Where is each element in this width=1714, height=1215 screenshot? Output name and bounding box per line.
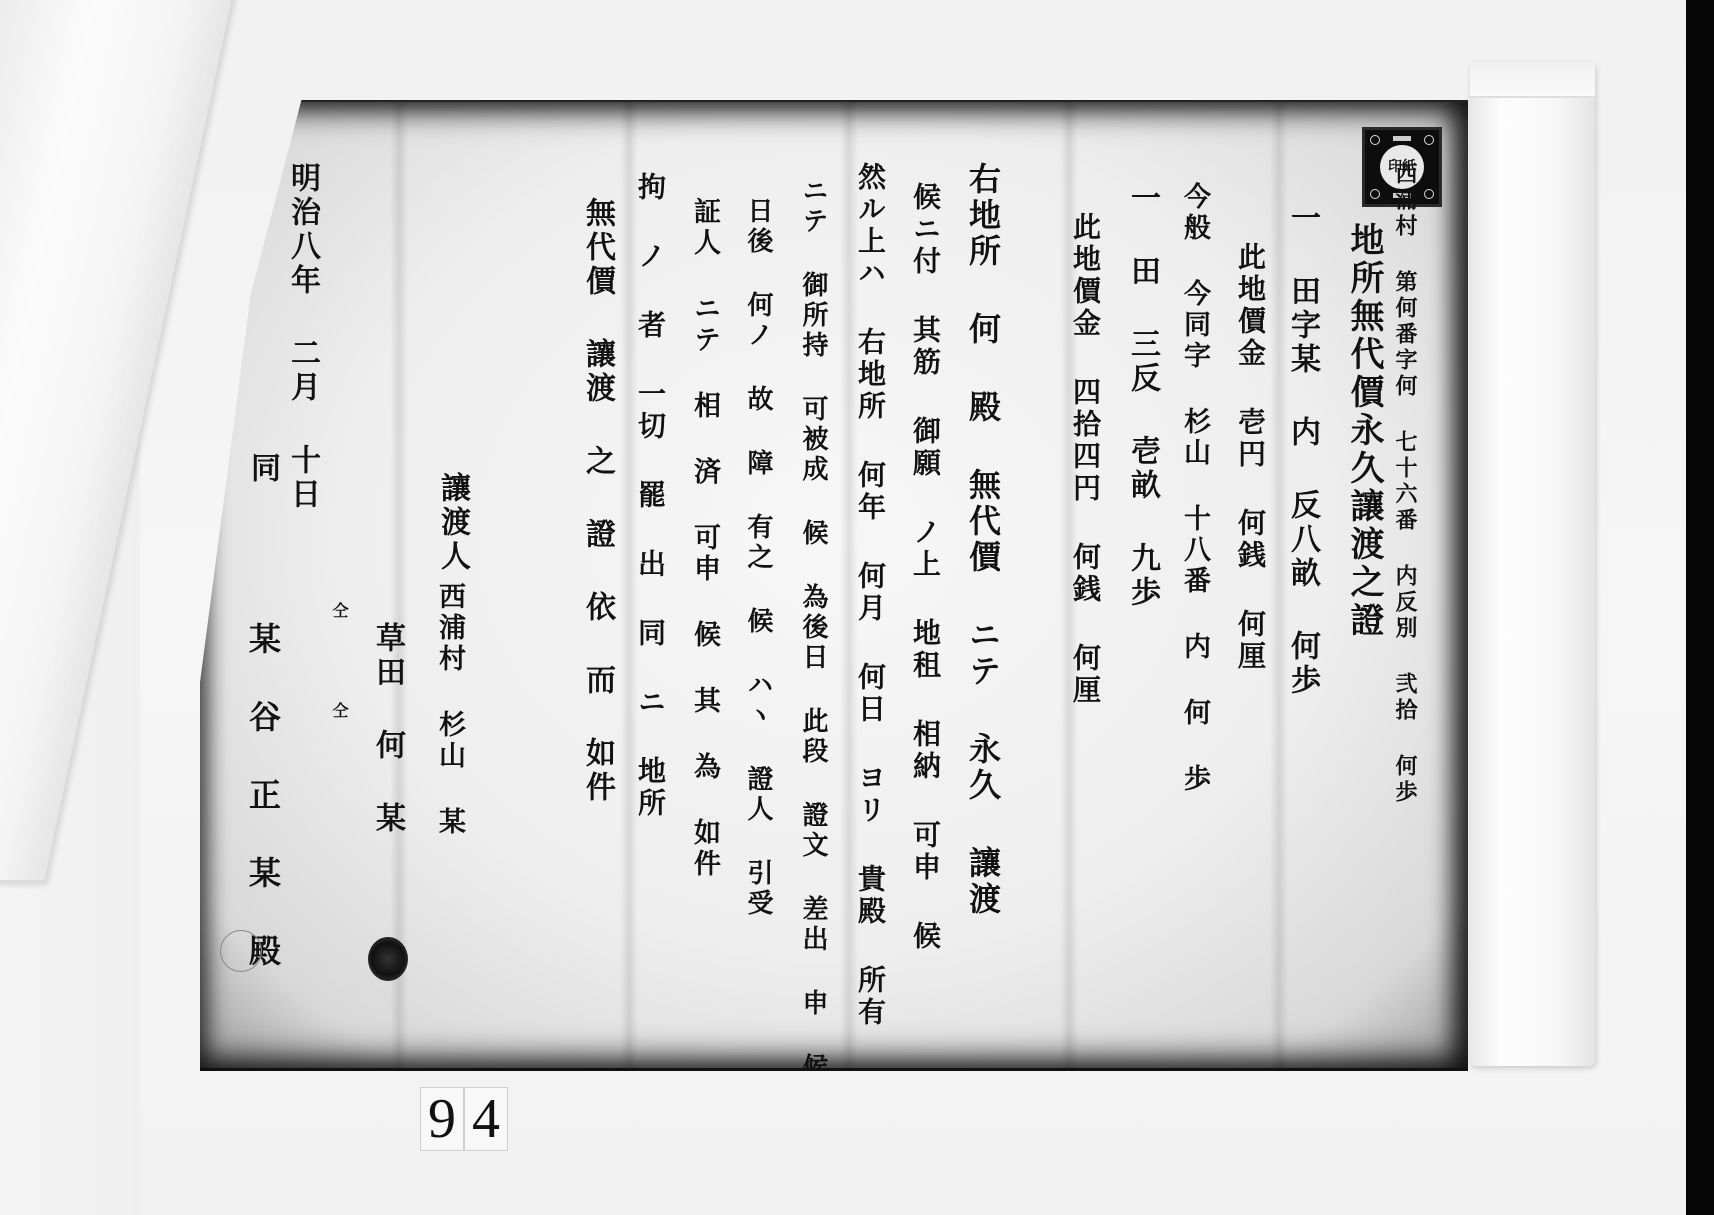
stamp-ornament-icon	[1424, 189, 1434, 199]
faint-seal-mark	[220, 930, 262, 972]
text-column: 拘 ノ 者 一切 罷 出 同 ニ 地所	[630, 172, 670, 820]
stamp-ornament-icon	[1370, 135, 1380, 145]
index-digit: 4	[464, 1087, 508, 1151]
transferor-name: 西浦村 杉山 某	[430, 582, 469, 838]
transferor-label: 讓渡人	[430, 472, 474, 574]
scan-black-border	[1686, 0, 1714, 1215]
text-column: 無代價 讓渡 之 證 依 而 如件	[575, 197, 619, 805]
date-column: 明治八年 二月 十日	[280, 162, 324, 512]
text-column: 然ル上ハ 右地所 何年 何月 何日 ヨリ 貴殿 所有	[850, 162, 890, 1029]
text-column: 日後 何ノ 故 障 有之 候 ハヽ 證人 引受	[740, 197, 777, 919]
text-column: 此地價金 壱円 何銭 何厘	[1230, 242, 1270, 673]
text-column: 一 田字某 内 反八畝 何歩	[1280, 202, 1324, 698]
text-column: 右地所 何 殿 無代價 ニテ 永久 讓渡	[960, 162, 1006, 918]
text-column: 証人 ニテ 相 済 可申 候 其 為 如件	[685, 197, 724, 880]
text-column: 此地價金 四拾四円 何銭 何厘	[1065, 212, 1105, 707]
text-column: 一 田 三反 壱畝 九歩	[1120, 182, 1164, 610]
paper-fold	[390, 102, 408, 1068]
text-column: 候ニ付 其筋 御願 ノ上 地租 相納 可申 候	[905, 182, 945, 953]
right-paper-roll	[1470, 62, 1595, 1066]
document-title-column: 地所無代價永久讓渡之證	[1340, 222, 1389, 640]
witness-name: 草田 何 某	[365, 622, 409, 836]
stamp-bar	[1393, 136, 1411, 141]
recipient-name: 某 谷 正 某 殿	[240, 622, 286, 970]
stamp-ornament-icon	[1424, 135, 1434, 145]
text-column: ニテ 御所持 可被成 候 為後日 此段 證文 差出 申 候	[795, 177, 832, 1083]
right-roll-cap	[1470, 62, 1595, 98]
index-number-tag: 9 4	[420, 1087, 508, 1151]
handwritten-document: 印紙 地所無代價永久讓渡之證 西浦村 第何番字何 七十六番 内反別 弐拾 何歩 …	[200, 100, 1468, 1071]
witness-seal	[368, 937, 408, 981]
small-mark: 仝	[328, 602, 351, 622]
small-mark: 仝	[328, 702, 351, 722]
stamp-ornament-icon	[1370, 189, 1380, 199]
recipient-prefix: 同	[240, 452, 284, 486]
index-digit: 9	[420, 1087, 464, 1151]
text-column: 西浦村 第何番字何 七十六番 内反別 弐拾 何歩	[1390, 162, 1421, 806]
text-column: 今般 今同字 杉山 十八番 内 何 歩	[1175, 182, 1214, 795]
